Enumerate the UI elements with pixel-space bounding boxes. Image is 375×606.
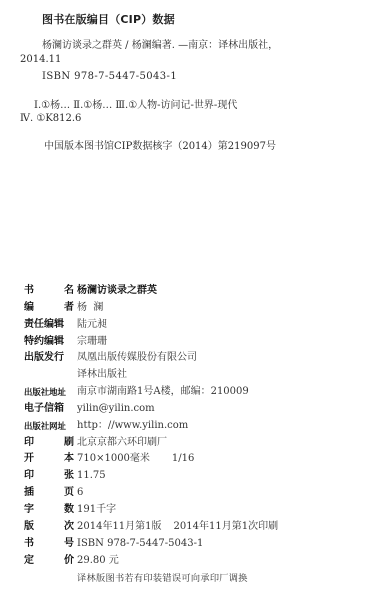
cip-bibliographic-line: 杨澜访谈录之群英 / 杨澜编著. —南京：译林出版社， (42, 36, 278, 51)
label: 编者 (24, 300, 74, 317)
format-fold: 1/16 (172, 453, 194, 464)
label: 插页 (24, 485, 74, 502)
label-char: 次 (64, 519, 74, 536)
exchange-notice: 译林版图书若有印装错误可向承印厂调换 (77, 570, 248, 584)
address: 南京市湖南路1号A楼，邮编：210009 (74, 384, 249, 401)
website: http：//www.yilin.com (74, 418, 188, 435)
row-editor: 责任编辑陆元昶 (24, 317, 278, 334)
label: 印刷 (24, 435, 74, 452)
cip-approval-number: 中国版本图书馆CIP数据核字（2014）第219097号 (44, 137, 276, 152)
cip-date: 2014.11 (20, 54, 61, 65)
row-address: 出版社地址南京市湖南路1号A楼，邮编：210009 (24, 384, 278, 401)
publisher-imprint: 译林出版社 (74, 367, 127, 384)
label-char: 书 (24, 536, 34, 553)
edition-date: 2014年11月第1版 (77, 521, 162, 532)
book-title: 杨澜访谈录之群英 (74, 283, 157, 300)
label-char: 价 (64, 553, 74, 570)
label-char: 页 (64, 485, 74, 502)
label-char: 开 (24, 451, 34, 468)
cip-isbn: ISBN 978-7-5447-5043-1 (42, 71, 177, 82)
label-char: 书 (24, 283, 34, 300)
label: 出版社网址 (24, 418, 74, 435)
label: 开本 (24, 451, 74, 468)
cip-classification-number: Ⅳ. ①K812.6 (20, 113, 81, 124)
sheets: 11.75 (74, 468, 106, 485)
row-isbn: 书号ISBN 978-7-5447-5043-1 (24, 536, 278, 553)
row-email: 电子信箱yilin@yilin.com (24, 401, 278, 418)
label-char: 刷 (64, 435, 74, 452)
label: 电子信箱 (24, 401, 74, 418)
label-char: 张 (64, 468, 74, 485)
row-title: 书名杨澜访谈录之群英 (24, 283, 278, 300)
label-char: 字 (24, 502, 34, 519)
row-word-count: 字数191千字 (24, 502, 278, 519)
row-publisher: 出版发行凤凰出版传媒股份有限公司 (24, 350, 278, 367)
label-char: 版 (24, 519, 34, 536)
label: 版次 (24, 519, 74, 536)
word-count: 191千字 (74, 502, 116, 519)
row-author: 编者杨 澜 (24, 300, 278, 317)
label-char: 插 (24, 485, 34, 502)
publisher: 凤凰出版传媒股份有限公司 (74, 350, 197, 367)
format-size: 710×1000毫米 (77, 453, 150, 464)
label-char: 本 (64, 451, 74, 468)
author: 杨 澜 (74, 300, 103, 317)
row-printer: 印刷北京京都六环印刷厂 (24, 435, 278, 452)
format: 710×1000毫米1/16 (74, 451, 194, 468)
label: 特约编辑 (24, 334, 74, 351)
label: 定价 (24, 553, 74, 570)
row-publisher-2: 译林出版社 (24, 367, 278, 384)
label: 字数 (24, 502, 74, 519)
label: 责任编辑 (24, 317, 74, 334)
email: yilin@yilin.com (74, 401, 155, 418)
label (24, 367, 74, 384)
label-char: 数 (64, 502, 74, 519)
editor: 陆元昶 (74, 317, 107, 334)
colophon-table: 书名杨澜访谈录之群英 编者杨 澜 责任编辑陆元昶 特约编辑宗珊珊 出版发行凤凰出… (24, 283, 278, 569)
label-char: 者 (64, 300, 74, 317)
cip-classification: Ⅰ.①杨… Ⅱ.①杨… Ⅲ.①人物-访问记-世界-现代 (34, 96, 237, 111)
label: 书名 (24, 283, 74, 300)
label: 出版发行 (24, 350, 74, 367)
row-price: 定价29.80 元 (24, 553, 278, 570)
label-char: 号 (64, 536, 74, 553)
special-editor: 宗珊珊 (74, 334, 107, 351)
plates: 6 (74, 485, 83, 502)
row-sheets: 印张11.75 (24, 468, 278, 485)
label-char: 印 (24, 468, 34, 485)
row-plates: 插页6 (24, 485, 278, 502)
row-format: 开本710×1000毫米1/16 (24, 451, 278, 468)
price: 29.80 元 (74, 553, 119, 570)
label-char: 名 (64, 283, 74, 300)
row-special-editor: 特约编辑宗珊珊 (24, 334, 278, 351)
label-char: 编 (24, 300, 34, 317)
label: 印张 (24, 468, 74, 485)
label-char: 印 (24, 435, 34, 452)
row-edition: 版次2014年11月第1版2014年11月第1次印刷 (24, 519, 278, 536)
cip-title: 图书在版编目（CIP）数据 (42, 11, 175, 27)
label: 出版社地址 (24, 384, 74, 401)
printer: 北京京都六环印刷厂 (74, 435, 167, 452)
label-char: 定 (24, 553, 34, 570)
row-website: 出版社网址http：//www.yilin.com (24, 418, 278, 435)
isbn: ISBN 978-7-5447-5043-1 (74, 536, 203, 553)
edition: 2014年11月第1版2014年11月第1次印刷 (74, 519, 278, 536)
label: 书号 (24, 536, 74, 553)
printing-date: 2014年11月第1次印刷 (174, 521, 279, 532)
